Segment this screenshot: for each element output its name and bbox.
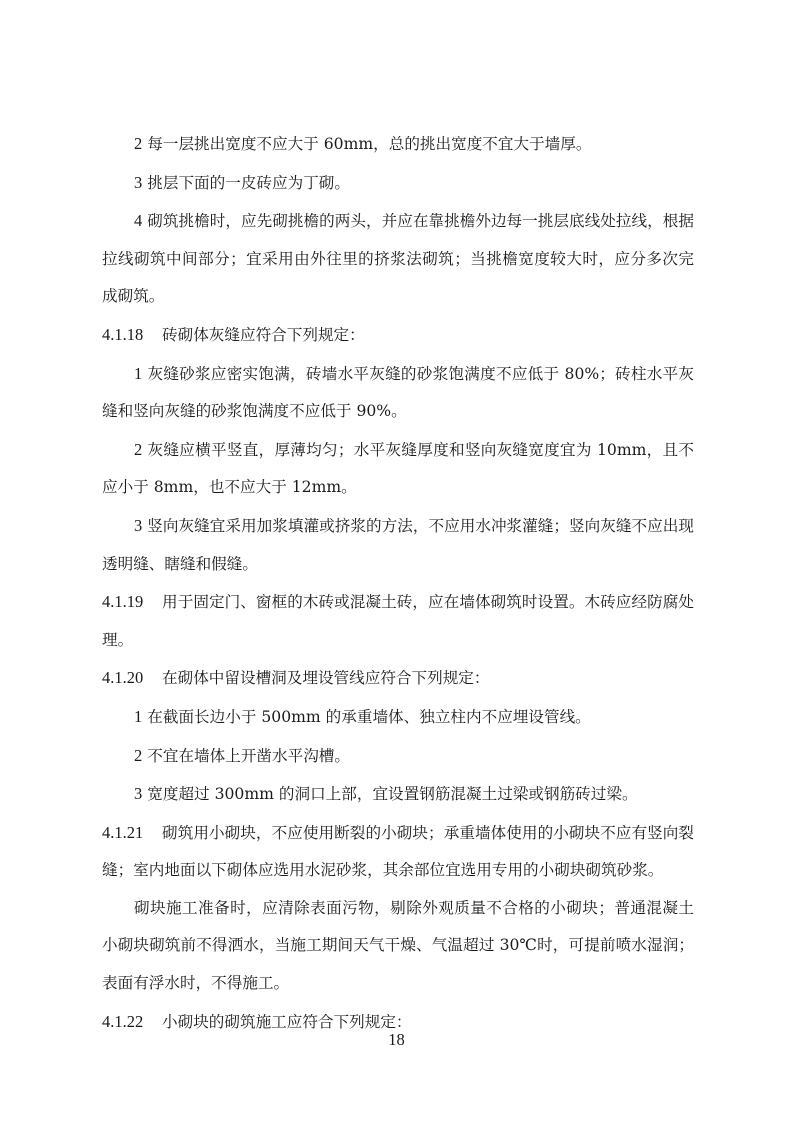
clause: 4.1.21砌筑用小砌块，不应使用断裂的小砌块；承重墙体使用的小砌块不应有竖向裂…: [102, 814, 694, 890]
clause-text: 砖砌体灰缝应符合下列规定：: [162, 326, 365, 344]
list-item: 3竖向灰缝宜采用加浆填灌或挤浆的方法，不应用水冲浆灌缝；竖向灰缝不应出现透明缝、…: [102, 507, 694, 583]
list-item: 2每一层挑出宽度不应大于 60mm，总的挑出宽度不宜大于墙厚。: [102, 125, 694, 164]
list-item: 4砌筑挑檐时，应先砌挑檐的两头，并应在靠挑檐外边每一挑层底线处拉线，根据拉线砌筑…: [102, 202, 694, 316]
item-number: 2: [134, 134, 142, 153]
list-item: 3宽度超过 300mm 的洞口上部，宜设置钢筋混凝土过梁或钢筋砖过梁。: [102, 775, 694, 814]
item-text: 宽度超过 300mm 的洞口上部，宜设置钢筋混凝土过梁或钢筋砖过梁。: [147, 785, 637, 803]
item-number: 1: [134, 364, 142, 383]
clause-text: 用于固定门、窗框的木砖或混凝土砖，应在墙体砌筑时设置。木砖应经防腐处理。: [102, 593, 694, 649]
item-text: 在截面长边小于 500mm 的承重墙体、独立柱内不应埋设管线。: [147, 708, 591, 726]
item-text: 挑层下面的一皮砖应为丁砌。: [147, 174, 350, 192]
list-item: 2灰缝应横平竖直，厚薄均匀；水平灰缝厚度和竖向灰缝宽度宜为 10mm，且不应小于…: [102, 431, 694, 507]
clause-number: 4.1.19: [102, 583, 162, 621]
paragraph: 砌块施工准备时，应清除表面污物，剔除外观质量不合格的小砌块；普通混凝土小砌块砌筑…: [102, 890, 694, 1003]
clause: 4.1.18砖砌体灰缝应符合下列规定：: [102, 316, 694, 355]
item-text: 灰缝应横平竖直，厚薄均匀；水平灰缝厚度和竖向灰缝宽度宜为 10mm，且不应小于 …: [102, 441, 694, 497]
clause: 4.1.19用于固定门、窗框的木砖或混凝土砖，应在墙体砌筑时设置。木砖应经防腐处…: [102, 583, 694, 659]
clause-text: 砌筑用小砌块，不应使用断裂的小砌块；承重墙体使用的小砌块不应有竖向裂缝；室内地面…: [102, 824, 694, 880]
item-text: 不宜在墙体上开凿水平沟槽。: [147, 747, 350, 765]
paragraph-text: 砌块施工准备时，应清除表面污物，剔除外观质量不合格的小砌块；普通混凝土小砌块砌筑…: [102, 899, 694, 992]
item-number: 3: [134, 784, 142, 803]
page-number: 18: [0, 1030, 793, 1050]
clause-text: 小砌块的砌筑施工应符合下列规定：: [162, 1013, 412, 1031]
item-number: 2: [134, 746, 142, 765]
item-number: 1: [134, 707, 142, 726]
list-item: 2不宜在墙体上开凿水平沟槽。: [102, 737, 694, 776]
item-text: 砌筑挑檐时，应先砌挑檐的两头，并应在靠挑檐外边每一挑层底线处拉线，根据拉线砌筑中…: [102, 212, 694, 305]
list-item: 1在截面长边小于 500mm 的承重墙体、独立柱内不应埋设管线。: [102, 698, 694, 737]
item-text: 灰缝砂浆应密实饱满，砖墙水平灰缝的砂浆饱满度不应低于 80%；砖柱水平灰缝和竖向…: [102, 365, 694, 421]
clause-number: 4.1.20: [102, 659, 162, 697]
item-number: 3: [134, 516, 142, 535]
clause-text: 在砌体中留设槽洞及埋设管线应符合下列规定：: [162, 669, 489, 687]
list-item: 3挑层下面的一皮砖应为丁砌。: [102, 164, 694, 203]
list-item: 1灰缝砂浆应密实饱满，砖墙水平灰缝的砂浆饱满度不应低于 80%；砖柱水平灰缝和竖…: [102, 355, 694, 431]
clause-number: 4.1.18: [102, 316, 162, 354]
item-number: 4: [134, 211, 142, 230]
item-number: 3: [134, 173, 142, 192]
item-text: 每一层挑出宽度不应大于 60mm，总的挑出宽度不宜大于墙厚。: [147, 135, 591, 153]
item-text: 竖向灰缝宜采用加浆填灌或挤浆的方法，不应用水冲浆灌缝；竖向灰缝不应出现透明缝、瞎…: [102, 517, 694, 573]
clause: 4.1.20在砌体中留设槽洞及埋设管线应符合下列规定：: [102, 659, 694, 698]
clause-number: 4.1.21: [102, 814, 162, 852]
document-body: 2每一层挑出宽度不应大于 60mm，总的挑出宽度不宜大于墙厚。 3挑层下面的一皮…: [102, 125, 694, 1041]
item-number: 2: [134, 440, 142, 459]
